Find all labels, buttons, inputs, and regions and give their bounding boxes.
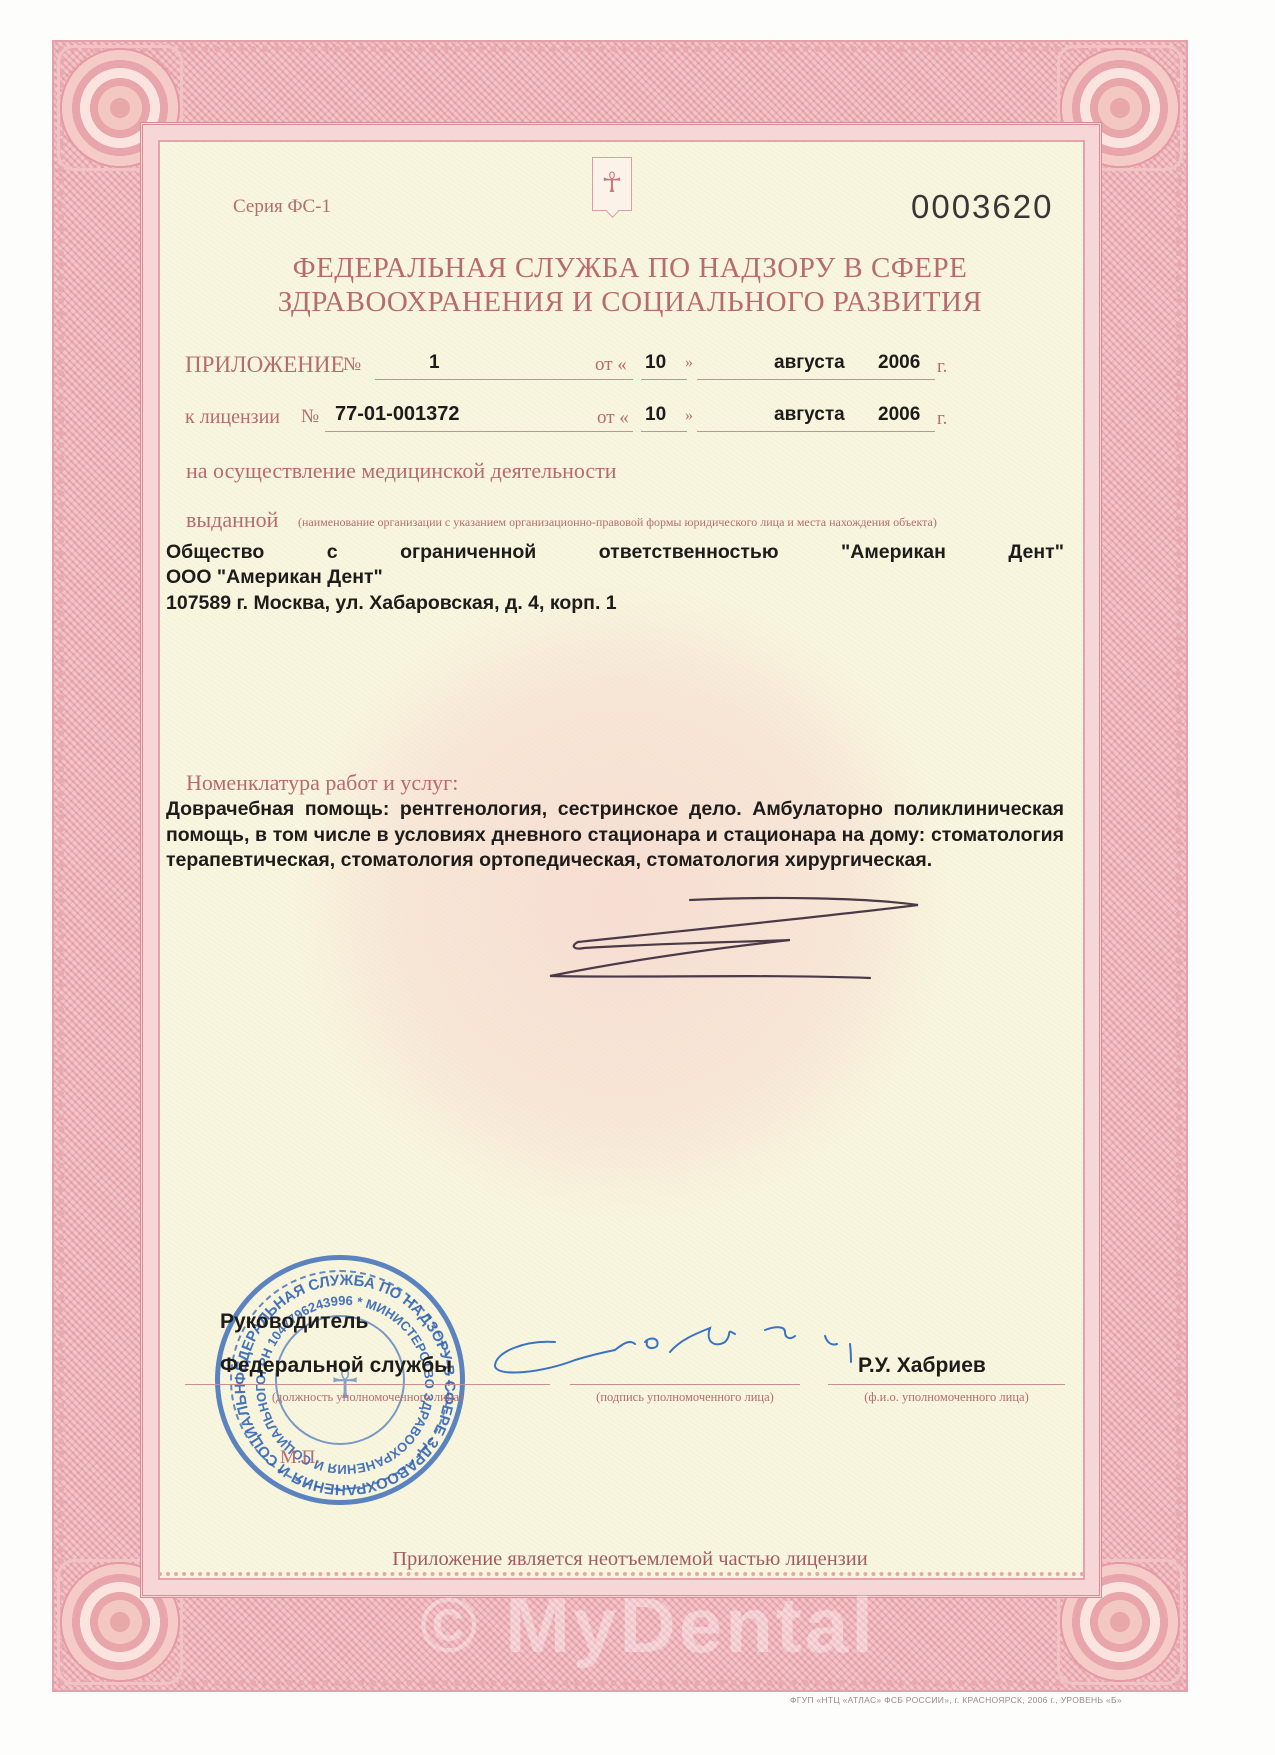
- license-number: 77-01-001372: [335, 403, 460, 426]
- signature-hint: (подпись уполномоченного лица): [570, 1390, 800, 1405]
- appendix-row: ПРИЛОЖЕНИЕ № 1 от « 10 » августа 2006 г.: [185, 352, 1070, 382]
- appendix-date-line: [697, 379, 935, 380]
- appendix-number: 1: [429, 352, 440, 374]
- license-day: 10: [645, 404, 666, 426]
- org-full-name: Общество с ограниченной ответственностью…: [166, 541, 1064, 564]
- year-suffix: г.: [937, 408, 947, 430]
- org-short-name: ООО "Американ Дент": [166, 566, 1064, 589]
- number-sign: №: [343, 354, 361, 376]
- license-label: к лицензии: [185, 406, 280, 429]
- agency-title-line2: ЗДРАВООХРАНЕНИЯ И СОЦИАЛЬНОГО РАЗВИТИЯ: [180, 286, 1080, 319]
- appendix-month: августа: [774, 352, 845, 374]
- signatory-position-line2: Федеральной службы: [220, 1354, 452, 1378]
- serial-number: 0003620: [911, 188, 1053, 226]
- org-word: ограниченной: [400, 541, 536, 564]
- name-line: [828, 1384, 1065, 1385]
- appendix-day: 10: [645, 352, 666, 374]
- issued-label: выданной: [186, 507, 278, 533]
- year-suffix: г.: [937, 356, 947, 378]
- services-list: Доврачебная помощь: рентгенология, сестр…: [166, 797, 1064, 874]
- from-label: от «: [595, 354, 627, 376]
- name-hint: (ф.и.о. уполномоченного лица): [828, 1390, 1065, 1405]
- org-word: с: [327, 541, 338, 564]
- appendix-year: 2006: [878, 352, 920, 374]
- issued-hint: (наименование организации с указанием ор…: [298, 515, 937, 530]
- handwritten-signature: [485, 1312, 855, 1387]
- agency-title-line1: ФЕДЕРАЛЬНАЯ СЛУЖБА ПО НАДЗОРУ В СФЕРЕ: [180, 252, 1080, 285]
- org-word: "Американ: [841, 541, 946, 564]
- license-number-line: [325, 431, 633, 432]
- position-hint: (должность уполномоченного лица): [185, 1390, 550, 1405]
- appendix-day-line: [641, 379, 687, 380]
- quote-close: »: [685, 407, 693, 425]
- org-word: ответственностью: [599, 541, 779, 564]
- license-year: 2006: [878, 404, 920, 426]
- signatory-position-line1: Руководитель: [220, 1310, 368, 1334]
- license-date-line: [697, 431, 935, 432]
- handwritten-scribble: [540, 880, 940, 1000]
- footer-note: Приложение является неотъемлемой частью …: [180, 1548, 1080, 1571]
- nomenclature-heading: Номенклатура работ и услуг:: [186, 770, 458, 796]
- appendix-label: ПРИЛОЖЕНИЕ: [185, 352, 345, 378]
- license-row: к лицензии № 77-01-001372 от « 10 » авгу…: [185, 403, 1070, 433]
- signatory-name: Р.У. Хабриев: [858, 1354, 986, 1378]
- number-sign: №: [301, 406, 319, 428]
- from-label: от «: [597, 407, 629, 429]
- activity-type: на осуществление медицинской деятельност…: [186, 458, 617, 484]
- series-label: Серия ФС-1: [233, 196, 331, 218]
- printer-imprint: ФГУП «НТЦ «АТЛАС» ФСБ РОССИИ», г. КРАСНО…: [790, 1695, 1122, 1705]
- official-seal: ФЕДЕРАЛЬНАЯ СЛУЖБА ПО НАДЗОРУ В СФЕРЕ ЗД…: [215, 1255, 465, 1505]
- org-address: 107589 г. Москва, ул. Хабаровская, д. 4,…: [166, 592, 1064, 615]
- appendix-number-line: [375, 379, 633, 380]
- org-word: Общество: [166, 541, 264, 564]
- license-month: августа: [774, 404, 845, 426]
- seal-place-label: М.П.: [280, 1447, 320, 1469]
- coat-of-arms-icon: ☥: [592, 157, 632, 211]
- license-day-line: [641, 431, 687, 432]
- seal-ring-text: ФЕДЕРАЛЬНАЯ СЛУЖБА ПО НАДЗОРУ В СФЕРЕ ЗД…: [220, 1260, 470, 1510]
- watermark: © MyDental: [420, 1580, 876, 1671]
- quote-close: »: [685, 354, 693, 372]
- org-word: Дент": [1008, 541, 1064, 564]
